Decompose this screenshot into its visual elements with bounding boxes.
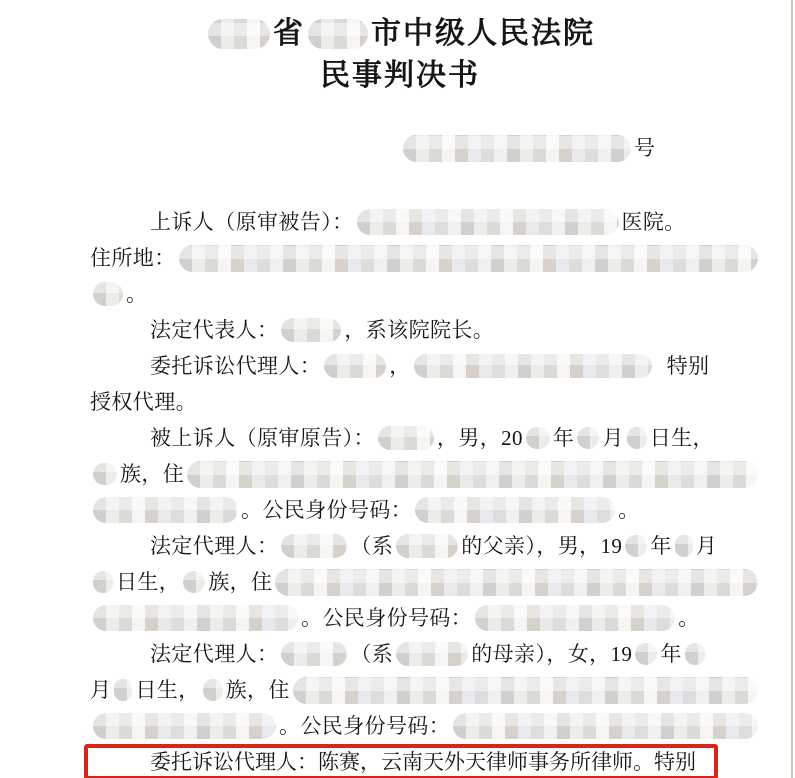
text-run: 上诉人（原审被告）： — [150, 212, 354, 233]
text-run: 日生， — [116, 572, 180, 593]
page-edge-line — [791, 0, 793, 778]
guardian-father-line-2: 日生，族，住 — [90, 564, 758, 600]
redaction-block — [93, 571, 113, 593]
text-run: 。公民身份号码： — [279, 716, 450, 737]
appellant-attorney-line-1: 委托诉讼代理人：，特别 — [90, 348, 758, 384]
redaction-block — [675, 535, 693, 557]
redaction-block — [187, 461, 758, 488]
redaction-block — [281, 534, 347, 558]
appellant-line-1: 上诉人（原审被告）：医院。 — [90, 204, 758, 240]
guardian-mother-line-1: 法定代理人：（系的母亲），女，19年 — [90, 636, 758, 672]
text-run: （系 — [350, 644, 393, 665]
text-run: 法定代理人： — [150, 536, 278, 557]
redaction-block — [415, 497, 615, 523]
highlight-box: 委托诉讼代理人：陈赛，云南天外天律师事务所律师。特别 — [84, 744, 718, 778]
text-run: 委托诉讼代理人：陈赛，云南天外天律师事务所律师。特别 — [150, 752, 696, 773]
text-run: 月 — [696, 536, 717, 557]
text-run: 年 — [650, 536, 671, 557]
text-run: 委托诉讼代理人： — [150, 356, 321, 377]
redaction-block — [93, 497, 238, 523]
redaction-block — [275, 569, 758, 596]
redaction-block — [308, 19, 368, 49]
redaction-block — [396, 642, 468, 666]
guardian-father-line-1: 法定代理人：（系的父亲），男，19年月 — [90, 528, 758, 564]
text-run: 日生， — [650, 428, 714, 449]
text-run: 法定代表人： — [150, 320, 278, 341]
guardian-mother-line-2: 月日生，族，住 — [90, 672, 758, 708]
redaction-block — [396, 534, 458, 558]
redaction-block — [324, 354, 386, 378]
text-run: 族，住 — [208, 572, 272, 593]
text-run: 年 — [553, 428, 574, 449]
highlighted-attorney-line: 委托诉讼代理人：陈赛，云南天外天律师事务所律师。特别 — [88, 748, 714, 776]
redaction-block — [114, 679, 132, 701]
text-run: 。 — [678, 608, 699, 629]
text-run: 特别 — [667, 356, 710, 377]
redaction-block — [625, 535, 647, 557]
text-run: 民事判决书 — [320, 61, 480, 91]
text-run: ， — [389, 356, 410, 377]
redaction-block — [281, 318, 341, 342]
redaction-block — [93, 713, 276, 739]
text-run: 族，住 — [226, 680, 290, 701]
redaction-block — [414, 354, 652, 378]
redaction-block — [453, 713, 758, 739]
text-run: 被上诉人（原审原告）： — [150, 428, 375, 449]
redaction-block — [93, 282, 123, 306]
redaction-block — [93, 463, 117, 485]
redaction-block — [357, 209, 619, 235]
text-run: 授权代理。 — [90, 392, 197, 413]
judgment-document-page: 省市中级人民法院民事判决书号上诉人（原审被告）：医院。住所地：。法定代表人：，系… — [0, 0, 795, 778]
redaction-block — [93, 605, 298, 631]
redaction-block — [577, 427, 599, 449]
redaction-block — [203, 679, 223, 701]
redaction-block — [378, 426, 434, 450]
text-run: ，男，20 — [437, 428, 523, 449]
redaction-block — [281, 642, 347, 666]
redaction-block — [475, 605, 675, 631]
appellant-address-line: 住所地： — [90, 240, 758, 276]
redaction-block — [685, 643, 705, 665]
court-name-title: 省市中级人民法院 — [90, 12, 758, 56]
text-run: 省 — [273, 19, 305, 49]
text-run: 。公民身份号码： — [241, 500, 412, 521]
guardian-father-id-line: 。公民身份号码：。 — [90, 600, 758, 636]
redaction-block — [293, 677, 758, 704]
legal-representative-line: 法定代表人：，系该院院长。 — [90, 312, 758, 348]
text-run: 月 — [90, 680, 111, 701]
text-run: 。公民身份号码： — [301, 608, 472, 629]
text-run: 住所地： — [90, 248, 176, 269]
redaction-block — [183, 571, 205, 593]
case-number-line: 号 — [90, 131, 758, 165]
appellee-line-1: 被上诉人（原审原告）：，男，20年月日生， — [90, 420, 758, 456]
text-run: 族，住 — [120, 464, 184, 485]
redaction-block — [179, 245, 758, 272]
text-run: （系 — [350, 536, 393, 557]
appellee-id-line: 。公民身份号码：。 — [90, 492, 758, 528]
redaction-block — [208, 19, 270, 49]
text-run: 号 — [634, 138, 655, 159]
document-type-title: 民事判决书 — [90, 56, 758, 96]
text-run: 年 — [660, 644, 681, 665]
redaction-block — [627, 427, 647, 449]
appellant-address-line-2: 。 — [90, 276, 758, 312]
text-run: 医院。 — [622, 212, 686, 233]
redaction-block — [526, 427, 550, 449]
appellant-attorney-line-2: 授权代理。 — [90, 384, 758, 420]
text-run: 法定代理人： — [150, 644, 278, 665]
text-run: 市中级人民法院 — [371, 19, 595, 49]
redaction-block — [635, 643, 657, 665]
text-run: 的母亲），女，19 — [471, 644, 632, 665]
text-run: 日生， — [135, 680, 199, 701]
document-body: 省市中级人民法院民事判决书号上诉人（原审被告）：医院。住所地：。法定代表人：，系… — [90, 0, 758, 778]
text-run: 月 — [602, 428, 623, 449]
text-run: 。 — [126, 284, 147, 305]
text-run: 的父亲），男，19 — [461, 536, 622, 557]
text-run: 。 — [618, 500, 639, 521]
appellee-line-2: 族，住 — [90, 456, 758, 492]
redaction-block — [403, 135, 631, 162]
guardian-mother-id-line: 。公民身份号码： — [90, 708, 758, 744]
text-run: ，系该院院长。 — [344, 320, 494, 341]
